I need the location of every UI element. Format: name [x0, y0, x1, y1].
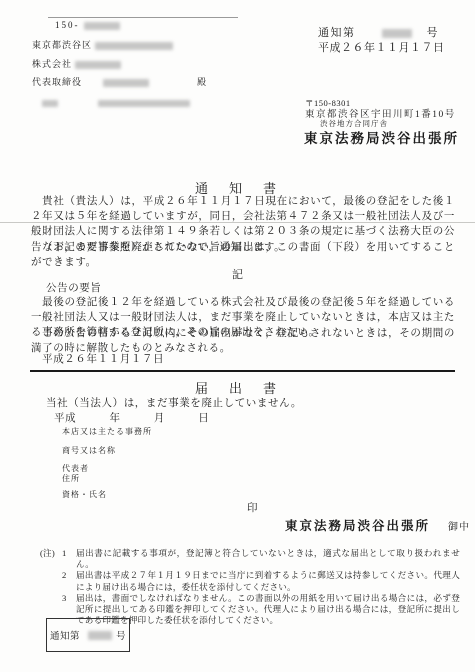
top-rule-line	[48, 17, 238, 18]
sender-office-name: 東京法務局渋谷出張所	[304, 127, 459, 147]
note-2-number: 2	[62, 570, 76, 581]
scanned-notice-page: 150- 東京都渋谷区 株式会社 代表取締役 殿 通知第 号 平成２６年１１月１…	[0, 0, 475, 672]
notice-date: 平成２６年１１月１７日	[318, 39, 445, 55]
redacted-address	[95, 42, 173, 50]
notice-number-suffix: 号	[427, 27, 440, 39]
form-field-head-office: 本店又は主たる事務所	[62, 426, 152, 437]
form-declaration: 当社（当法人）は，まだ事業を廃止していません。	[46, 396, 302, 411]
note-item-1: (注) 1 届出書に記載する事項が，登記簿と符合していないときは，適式な届出とし…	[40, 548, 460, 570]
recipient-reference-line	[42, 94, 190, 112]
footer-number-suffix: 号	[116, 628, 126, 642]
form-office-line: 東京法務局渋谷出張所 御中	[285, 516, 470, 535]
redacted-mark	[42, 100, 58, 107]
form-field-address: 住所	[62, 473, 80, 484]
ki-heading: 記	[0, 266, 475, 282]
summary-date: 平成２６年１１月１７日	[31, 352, 164, 367]
redacted-representative-name	[103, 79, 149, 87]
seal-mark: 印	[247, 500, 259, 515]
recipient-company-line: 株式会社	[32, 57, 121, 70]
form-field-title-name: 資格・氏名	[62, 489, 107, 500]
recipient-postal-line: 150-	[55, 20, 120, 30]
redacted-reference-code	[98, 100, 190, 107]
footer-number-prefix: 通知第	[50, 628, 80, 642]
redacted-footer-number	[88, 631, 112, 640]
note-1-text: 届出書に記載する事項が，登記簿と符合していないときは，適式な届出として取り扱われ…	[76, 548, 460, 570]
footer-notice-number-box: 通知第 号	[46, 618, 130, 652]
note-3-number: 3	[62, 593, 76, 604]
note-item-2: 2 届出書は平成２７年１月１９日までに当庁に到着するように郵送又は持参してくださ…	[40, 570, 460, 592]
summary-heading: 公告の要旨	[46, 281, 102, 296]
form-date-line: 平成 年 月 日	[54, 411, 209, 426]
redacted-company-name	[75, 61, 121, 69]
note-2-text: 届出書は平成２７年１月１９日までに当庁に到着するように郵送又は持参してください。…	[76, 570, 460, 592]
note-3-text: 届出は，書面でしなければなりません。この書面以外の用紙を用いて届け出る場合には，…	[76, 593, 460, 627]
recipient-honorific: 殿	[197, 77, 207, 87]
section-divider	[30, 370, 455, 372]
recipient-address-line: 東京都渋谷区	[32, 38, 173, 51]
notes-label: (注)	[40, 548, 62, 559]
redacted-notice-number	[382, 29, 412, 38]
recipient-representative-line: 代表取締役 殿	[32, 75, 207, 88]
recipient-representative-label: 代表取締役	[32, 77, 82, 87]
form-field-trade-name: 商号又は名称	[62, 445, 116, 456]
recipient-address-prefix: 東京都渋谷区	[32, 40, 92, 50]
form-office-honorific: 御中	[448, 522, 470, 533]
note-1-number: 1	[62, 548, 76, 559]
recipient-postal-prefix: 150-	[55, 20, 80, 30]
form-office-name: 東京法務局渋谷出張所	[285, 519, 430, 533]
notice-number-line: 通知第 号	[318, 24, 439, 40]
redacted-postal-code	[84, 22, 120, 30]
notes-block: (注) 1 届出書に記載する事項が，登記簿と符合していないときは，適式な届出とし…	[40, 548, 460, 626]
notice-number-prefix: 通知第	[318, 27, 356, 39]
recipient-company-prefix: 株式会社	[32, 59, 72, 69]
form-title: 届 出 書	[0, 378, 475, 397]
